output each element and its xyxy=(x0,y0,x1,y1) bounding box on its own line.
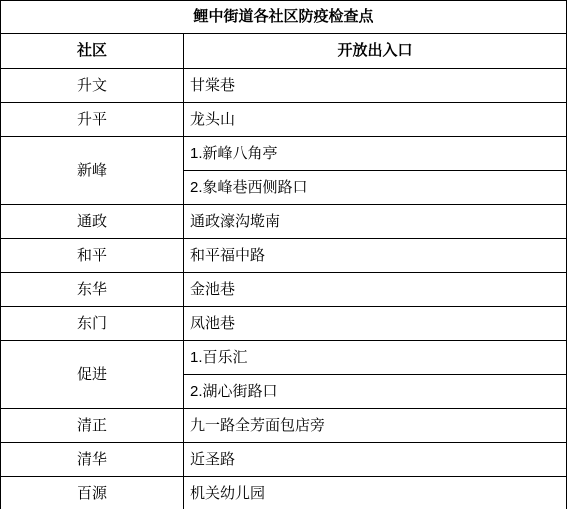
entrance-cell: 机关幼儿园 xyxy=(184,477,567,509)
column-header-entrance: 开放出入口 xyxy=(184,34,567,69)
community-cell: 百源 xyxy=(1,477,184,509)
table-row: 清正九一路全芳面包店旁 xyxy=(1,409,567,443)
table-row: 清华近圣路 xyxy=(1,443,567,477)
entrance-cell: 九一路全芳面包店旁 xyxy=(184,409,567,443)
column-header-community: 社区 xyxy=(1,34,184,69)
community-cell: 促进 xyxy=(1,341,184,409)
entrance-cell: 凤池巷 xyxy=(184,307,567,341)
table-row: 通政通政濠沟墘南 xyxy=(1,205,567,239)
community-cell: 清正 xyxy=(1,409,184,443)
community-cell: 升平 xyxy=(1,103,184,137)
community-cell: 升文 xyxy=(1,69,184,103)
community-cell: 东门 xyxy=(1,307,184,341)
entrance-cell: 2.象峰巷西侧路口 xyxy=(184,171,567,205)
table-title: 鲤中街道各社区防疫检查点 xyxy=(1,1,567,34)
entrance-cell: 金池巷 xyxy=(184,273,567,307)
entrance-cell: 甘棠巷 xyxy=(184,69,567,103)
entrance-cell: 1.百乐汇 xyxy=(184,341,567,375)
entrance-cell: 1.新峰八角亭 xyxy=(184,137,567,171)
table-row: 升平龙头山 xyxy=(1,103,567,137)
table-row: 东门凤池巷 xyxy=(1,307,567,341)
community-cell: 新峰 xyxy=(1,137,184,205)
checkpoint-table: 鲤中街道各社区防疫检查点 社区 开放出入口 升文甘棠巷升平龙头山新峰1.新峰八角… xyxy=(0,0,567,509)
table-row: 新峰1.新峰八角亭 xyxy=(1,137,567,171)
table-row: 升文甘棠巷 xyxy=(1,69,567,103)
entrance-cell: 通政濠沟墘南 xyxy=(184,205,567,239)
table-row: 和平和平福中路 xyxy=(1,239,567,273)
table-body: 升文甘棠巷升平龙头山新峰1.新峰八角亭2.象峰巷西侧路口通政通政濠沟墘南和平和平… xyxy=(1,69,567,509)
community-cell: 和平 xyxy=(1,239,184,273)
header-row: 社区 开放出入口 xyxy=(1,34,567,69)
title-row: 鲤中街道各社区防疫检查点 xyxy=(1,1,567,34)
community-cell: 清华 xyxy=(1,443,184,477)
table-row: 东华金池巷 xyxy=(1,273,567,307)
community-cell: 通政 xyxy=(1,205,184,239)
community-cell: 东华 xyxy=(1,273,184,307)
entrance-cell: 近圣路 xyxy=(184,443,567,477)
entrance-cell: 2.湖心街路口 xyxy=(184,375,567,409)
entrance-cell: 龙头山 xyxy=(184,103,567,137)
table-row: 百源机关幼儿园 xyxy=(1,477,567,509)
table-row: 促进1.百乐汇 xyxy=(1,341,567,375)
entrance-cell: 和平福中路 xyxy=(184,239,567,273)
